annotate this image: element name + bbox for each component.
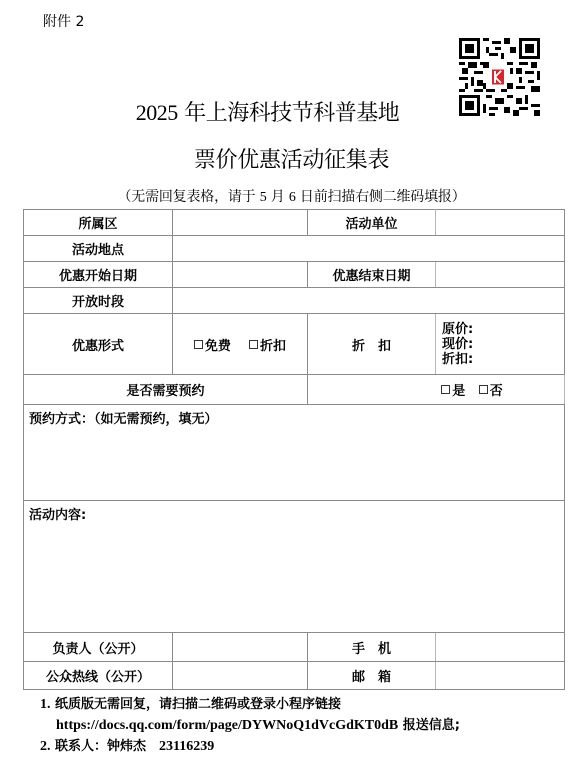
table-row: 活动内容: — [24, 501, 565, 633]
location-label: 活动地点 — [24, 236, 173, 262]
mobile-field[interactable] — [436, 633, 565, 662]
page-title-line2: 票价优惠活动征集表 — [0, 143, 583, 174]
district-label: 所属区 — [24, 210, 173, 236]
table-row: 预约方式：（如无需预约，填无） — [24, 405, 565, 501]
reservation-method-field[interactable]: 预约方式：（如无需预约，填无） — [24, 405, 565, 501]
attachment-label: 附件 2 — [43, 11, 84, 31]
free-option-label: 免费 — [205, 339, 231, 354]
table-row: 活动地点 — [24, 236, 565, 262]
open-hours-label: 开放时段 — [24, 288, 173, 314]
table-row: 开放时段 — [24, 288, 565, 314]
discount-rate-label: 折扣: — [442, 352, 564, 367]
page-subtitle: （无需回复表格，请于 5 月 6 日前扫描右侧二维码填报） — [0, 186, 583, 206]
hotline-label: 公众热线（公开） — [24, 662, 173, 690]
unit-label: 活动单位 — [308, 210, 436, 236]
activity-content-field[interactable]: 活动内容: — [24, 501, 565, 633]
person-in-charge-field[interactable] — [173, 633, 308, 662]
reservation-method-label: 预约方式：（如无需预约，填无） — [29, 412, 218, 427]
reservation-required-label: 是否需要预约 — [24, 375, 308, 405]
start-date-field[interactable] — [173, 262, 308, 288]
table-row: 公众热线（公开） 邮 箱 — [24, 662, 565, 690]
discount-option-label: 折扣 — [260, 339, 286, 354]
note-1-link-line: https://docs.qq.com/form/page/DYWNoQ1dVc… — [40, 715, 460, 736]
yes-checkbox[interactable] — [441, 385, 450, 394]
discount-label: 折 扣 — [308, 314, 436, 375]
no-option-label: 否 — [490, 384, 503, 399]
table-row: 是否需要预约 是 否 — [24, 375, 565, 405]
table-row: 所属区 活动单位 — [24, 210, 565, 236]
original-price-label: 原价: — [442, 322, 564, 337]
email-field[interactable] — [436, 662, 565, 690]
page-title-line1: 2025 年上海科技节科普基地 — [0, 96, 535, 127]
activity-form-table: 所属区 活动单位 活动地点 优惠开始日期 优惠结束日期 开放时段 优惠形式 免费… — [23, 209, 565, 690]
discount-type-options: 免费 折扣 — [173, 314, 308, 375]
activity-content-label: 活动内容: — [29, 508, 86, 523]
note-2: 2. 联系人：钟炜杰 23116239 — [40, 736, 460, 757]
open-hours-field[interactable] — [173, 288, 565, 314]
reservation-required-options: 是 否 — [308, 375, 565, 405]
note-1: 1. 纸质版无需回复，请扫描二维码或登录小程序链接 — [40, 694, 460, 715]
form-link[interactable]: https://docs.qq.com/form/page/DYWNoQ1dVc… — [56, 718, 398, 733]
district-field[interactable] — [173, 210, 308, 236]
no-checkbox[interactable] — [479, 385, 488, 394]
current-price-label: 现价: — [442, 337, 564, 352]
start-date-label: 优惠开始日期 — [24, 262, 173, 288]
table-row: 优惠开始日期 优惠结束日期 — [24, 262, 565, 288]
price-details[interactable]: 原价: 现价: 折扣: — [436, 314, 565, 375]
free-checkbox[interactable] — [194, 340, 203, 349]
table-row: 负责人（公开） 手 机 — [24, 633, 565, 662]
notes: 1. 纸质版无需回复，请扫描二维码或登录小程序链接 https://docs.q… — [40, 694, 460, 757]
table-row: 优惠形式 免费 折扣 折 扣 原价: 现价: 折扣: — [24, 314, 565, 375]
end-date-label: 优惠结束日期 — [308, 262, 436, 288]
person-in-charge-label: 负责人（公开） — [24, 633, 173, 662]
mobile-label: 手 机 — [308, 633, 436, 662]
contact-phone: 23116239 — [159, 739, 214, 754]
discount-checkbox[interactable] — [249, 340, 258, 349]
discount-type-label: 优惠形式 — [24, 314, 173, 375]
email-label: 邮 箱 — [308, 662, 436, 690]
location-field[interactable] — [173, 236, 565, 262]
unit-field[interactable] — [436, 210, 565, 236]
yes-option-label: 是 — [452, 384, 465, 399]
hotline-field[interactable] — [173, 662, 308, 690]
end-date-field[interactable] — [436, 262, 565, 288]
